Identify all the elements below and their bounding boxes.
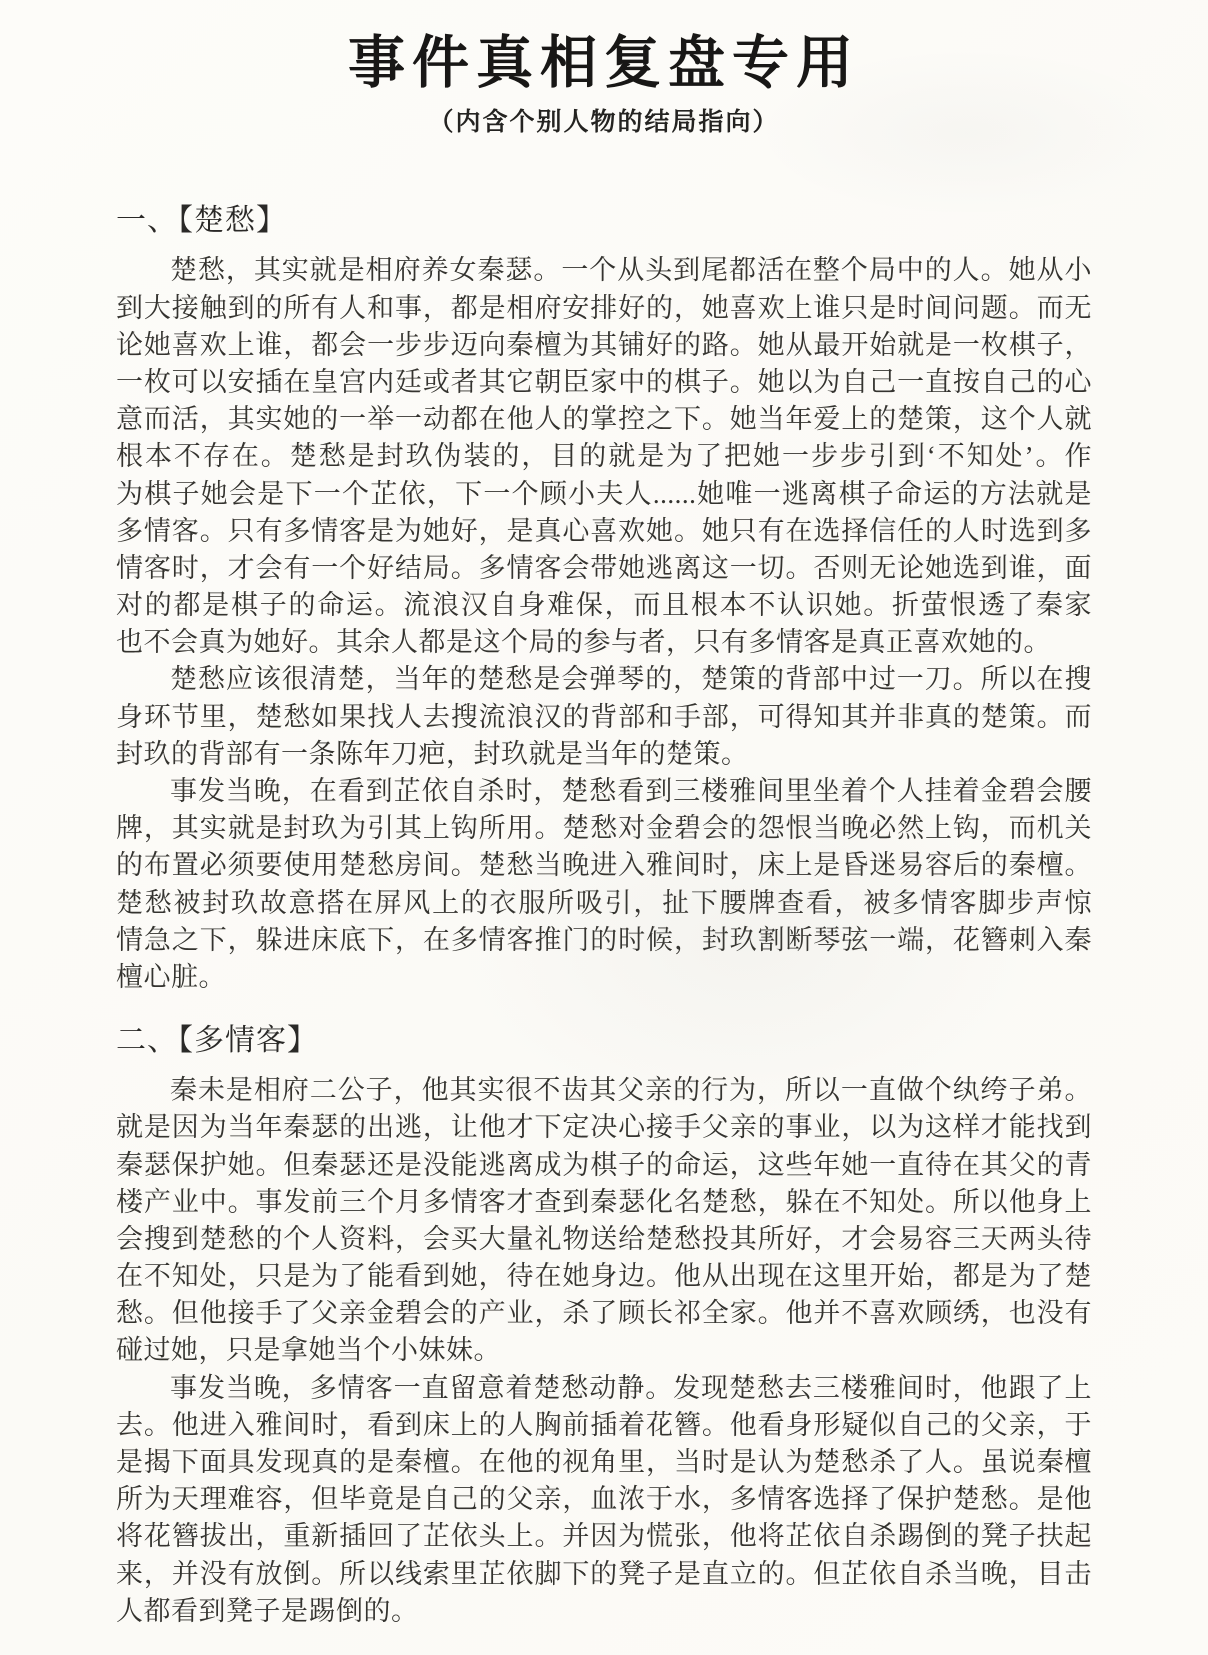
- text-line: 就是因为当年秦瑟的出逃，让他才下定决心接手父亲的事业，以为这样才能找到: [116, 1109, 1092, 1146]
- text-line: 情急之下，躲进床底下，在多情客推门的时候，封玖割断琴弦一端，花簪刺入秦: [116, 922, 1092, 959]
- text-line: 身环节里，楚愁如果找人去搜流浪汉的背部和手部，可得知其并非真的楚策。而: [116, 699, 1092, 736]
- text-line: 到大接触到的所有人和事，都是相府安排好的，她喜欢上谁只是时间问题。而无: [116, 290, 1092, 327]
- text-line: 会搜到楚愁的个人资料，会买大量礼物送给楚愁投其所好，才会易容三天两头待: [116, 1221, 1092, 1258]
- text-line: 楼产业中。事发前三个月多情客才查到秦瑟化名楚愁，躲在不知处。所以他身上: [116, 1184, 1092, 1221]
- text-line: 为棋子她会是下一个芷依，下一个顾小夫人......她唯一逃离棋子命运的方法就是: [116, 476, 1092, 513]
- text-line: 牌，其实就是封玖为引其上钩所用。楚愁对金碧会的怨恨当晚必然上钩，而机关: [116, 810, 1092, 847]
- page-subtitle: （内含个别人物的结局指向）: [0, 102, 1208, 138]
- text-line: 对的都是棋子的命运。流浪汉自身难保，而且根本不认识她。折萤恨透了秦家人，: [116, 587, 1092, 624]
- paragraph: 事发当晚，多情客一直留意着楚愁动静。发现楚愁去三楼雅间时，他跟了上去。他进入雅间…: [116, 1370, 1092, 1630]
- text-line: 愁。但他接手了父亲金碧会的产业，杀了顾长祁全家。他并不喜欢顾绣，也没有: [116, 1295, 1092, 1332]
- text-line: 所为天理难容，但毕竟是自己的父亲，血浓于水，多情客选择了保护楚愁。是他: [116, 1481, 1092, 1518]
- text-line: 楚愁被封玖故意搭在屏风上的衣服所吸引，扯下腰牌查看，被多情客脚步声惊动，: [116, 885, 1092, 922]
- text-line: 来，并没有放倒。所以线索里芷依脚下的凳子是直立的。但芷依自杀当晚，目击: [116, 1556, 1092, 1593]
- text-line: 事发当晚，在看到芷依自杀时，楚愁看到三楼雅间里坐着个人挂着金碧会腰: [116, 773, 1092, 810]
- text-line: 封玖的背部有一条陈年刀疤，封玖就是当年的楚策。: [116, 736, 1092, 773]
- text-line: 在不知处，只是为了能看到她，待在她身边。他从出现在这里开始，都是为了楚: [116, 1258, 1092, 1295]
- text-line: 将花簪拔出，重新插回了芷依头上。并因为慌张，他将芷依自杀踢倒的凳子扶起: [116, 1518, 1092, 1555]
- text-line: 楚愁应该很清楚，当年的楚愁是会弹琴的，楚策的背部中过一刀。所以在搜: [116, 661, 1092, 698]
- text-line: 也不会真为她好。其余人都是这个局的参与者，只有多情客是真正喜欢她的。: [116, 624, 1092, 661]
- document-page: 事件真相复盘专用 （内含个别人物的结局指向） 一、【楚愁】楚愁，其实就是相府养女…: [0, 0, 1208, 1655]
- text-line: 是揭下面具发现真的是秦檀。在他的视角里，当时是认为楚愁杀了人。虽说秦檀: [116, 1444, 1092, 1481]
- text-line: 楚愁，其实就是相府养女秦瑟。一个从头到尾都活在整个局中的人。她从小: [116, 252, 1092, 289]
- section-heading: 一、【楚愁】: [116, 202, 1092, 239]
- page-title: 事件真相复盘专用: [0, 0, 1208, 98]
- paragraph: 楚愁应该很清楚，当年的楚愁是会弹琴的，楚策的背部中过一刀。所以在搜身环节里，楚愁…: [116, 661, 1092, 773]
- document-section-2: 二、【多情客】秦未是相府二公子，他其实很不齿其父亲的行为，所以一直做个纨绔子弟。…: [116, 1022, 1092, 1630]
- document-body: 一、【楚愁】楚愁，其实就是相府养女秦瑟。一个从头到尾都活在整个局中的人。她从小到…: [116, 202, 1092, 1630]
- text-line: 的布置必须要使用楚愁房间。楚愁当晚进入雅间时，床上是昏迷易容后的秦檀。: [116, 847, 1092, 884]
- section-heading: 二、【多情客】: [116, 1022, 1092, 1059]
- text-line: 碰过她，只是拿她当个小妹妹。: [116, 1332, 1092, 1369]
- text-line: 情客时，才会有一个好结局。多情客会带她逃离这一切。否则无论她选到谁，面: [116, 550, 1092, 587]
- text-line: 人都看到凳子是踢倒的。: [116, 1593, 1092, 1630]
- text-line: 去。他进入雅间时，看到床上的人胸前插着花簪。他看身形疑似自己的父亲，于: [116, 1407, 1092, 1444]
- text-line: 事发当晚，多情客一直留意着楚愁动静。发现楚愁去三楼雅间时，他跟了上: [116, 1370, 1092, 1407]
- paragraph: 楚愁，其实就是相府养女秦瑟。一个从头到尾都活在整个局中的人。她从小到大接触到的所…: [116, 252, 1092, 661]
- text-line: 论她喜欢上谁，都会一步步迈向秦檀为其铺好的路。她从最开始就是一枚棋子，: [116, 327, 1092, 364]
- paragraph: 事发当晚，在看到芷依自杀时，楚愁看到三楼雅间里坐着个人挂着金碧会腰牌，其实就是封…: [116, 773, 1092, 996]
- text-line: 根本不存在。楚愁是封玖伪装的，目的就是为了把她一步步引到‘不知处’。作: [116, 438, 1092, 475]
- text-line: 檀心脏。: [116, 959, 1092, 996]
- text-line: 多情客。只有多情客是为她好，是真心喜欢她。她只有在选择信任的人时选到多: [116, 513, 1092, 550]
- text-line: 意而活，其实她的一举一动都在他人的掌控之下。她当年爱上的楚策，这个人就: [116, 401, 1092, 438]
- text-line: 秦瑟保护她。但秦瑟还是没能逃离成为棋子的命运，这些年她一直待在其父的青: [116, 1147, 1092, 1184]
- document-section-1: 一、【楚愁】楚愁，其实就是相府养女秦瑟。一个从头到尾都活在整个局中的人。她从小到…: [116, 202, 1092, 996]
- text-line: 一枚可以安插在皇宫内廷或者其它朝臣家中的棋子。她以为自己一直按自己的心: [116, 364, 1092, 401]
- text-line: 秦未是相府二公子，他其实很不齿其父亲的行为，所以一直做个纨绔子弟。: [116, 1072, 1092, 1109]
- paragraph: 秦未是相府二公子，他其实很不齿其父亲的行为，所以一直做个纨绔子弟。就是因为当年秦…: [116, 1072, 1092, 1370]
